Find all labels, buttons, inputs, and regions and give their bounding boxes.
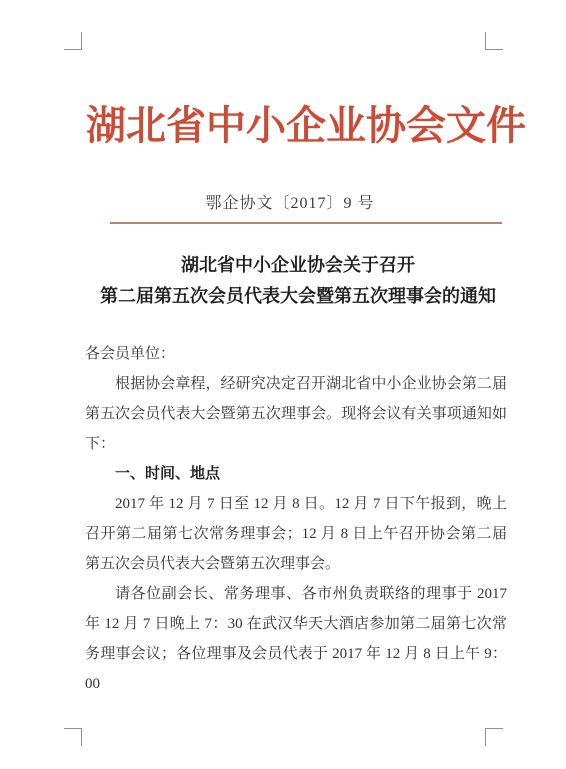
- notice-title: 湖北省中小企业协会关于召开 第二届第五次会员代表大会暨第五次理事会的通知: [78, 250, 518, 312]
- document-page: 湖北省中小企业协会文件 鄂企协文〔2017〕9 号 湖北省中小企业协会关于召开 …: [0, 0, 566, 769]
- crop-mark-bottom-left: [64, 728, 82, 746]
- paragraph-intro: 根据协会章程，经研究决定召开湖北省中小企业协会第二届第五次会员代表大会暨第五次理…: [85, 369, 507, 459]
- letterhead: 湖北省中小企业协会文件 鄂企协文〔2017〕9 号: [78, 0, 518, 224]
- crop-mark-bottom-right: [485, 728, 503, 746]
- paragraph-attendance: 请各位副会长、常务理事、各市州负责联络的理事于 2017 年 12 月 7 日晚…: [85, 579, 507, 699]
- organization-title: 湖北省中小企业协会文件: [86, 100, 526, 152]
- section-heading-time-location: 一、时间、地点: [85, 459, 507, 489]
- document-number: 鄂企协文〔2017〕9 号: [70, 194, 510, 214]
- paragraph-time-location: 2017 年 12 月 7 日至 12 月 8 日。12 月 7 日下午报到，晚…: [85, 489, 507, 579]
- red-divider-line: [110, 222, 502, 224]
- salutation: 各会员单位：: [85, 339, 507, 369]
- notice-title-line-2: 第二届第五次会员代表大会暨第五次理事会的通知: [78, 281, 518, 312]
- notice-title-line-1: 湖北省中小企业协会关于召开: [78, 250, 518, 281]
- document-body: 各会员单位： 根据协会章程，经研究决定召开湖北省中小企业协会第二届第五次会员代表…: [85, 339, 507, 699]
